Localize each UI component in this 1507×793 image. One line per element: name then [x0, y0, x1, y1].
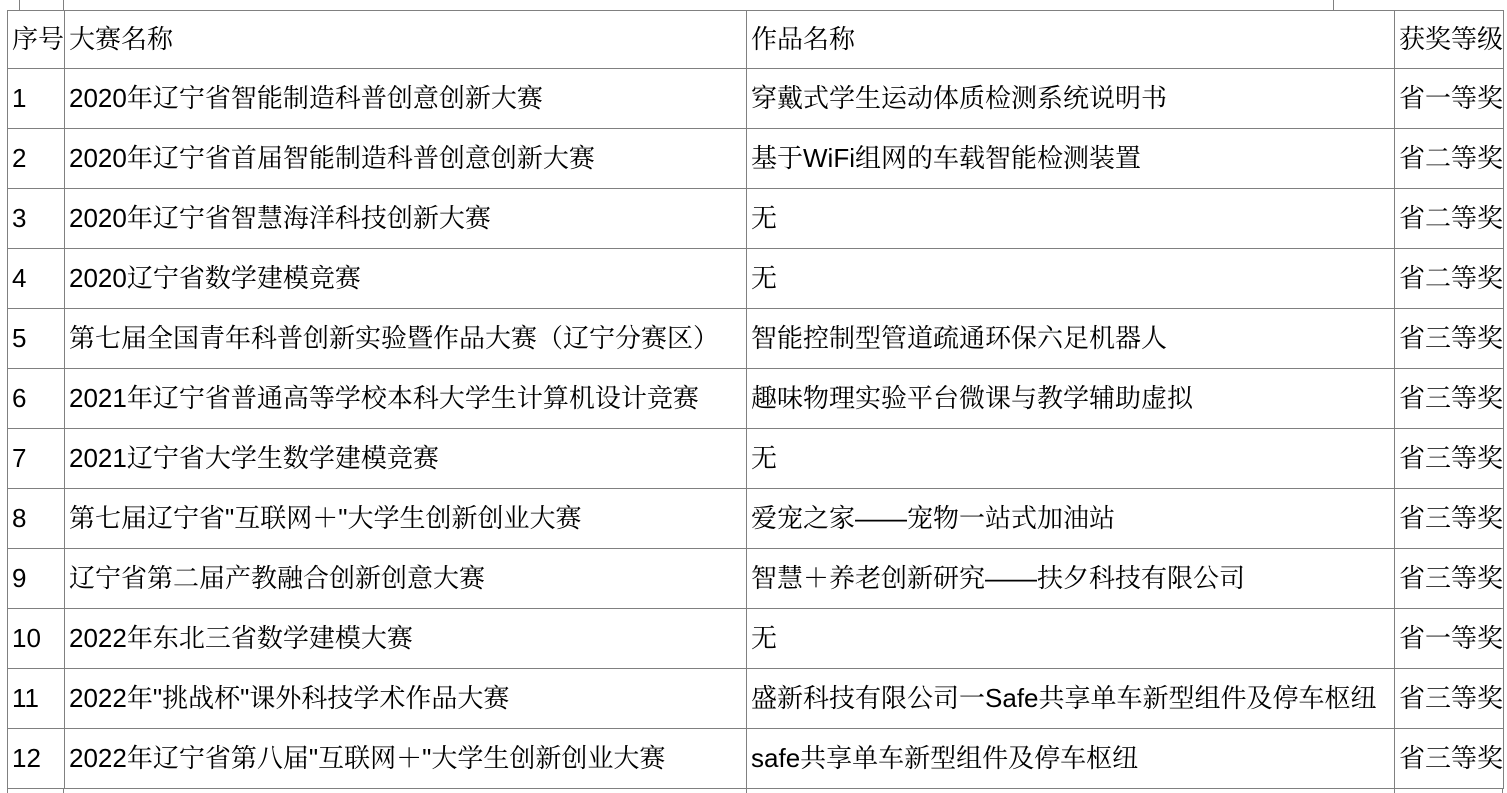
cell-index: 6	[8, 369, 65, 429]
cell-index: 9	[8, 549, 65, 609]
cell-competition: 2020年辽宁省智能制造科普创意创新大赛	[65, 69, 747, 129]
cell-award: 省三等奖	[1395, 729, 1504, 789]
cell-work: 无	[747, 609, 1395, 669]
table-row: 9辽宁省第二届产教融合创新创意大赛智慧＋养老创新研究——扶夕科技有限公司省三等奖	[8, 549, 1504, 609]
cell-work: 趣味物理实验平台微课与教学辅助虚拟	[747, 369, 1395, 429]
cell-work: 无	[747, 429, 1395, 489]
table-row: 112022年"挑战杯"课外科技学术作品大赛盛新科技有限公司一Safe共享单车新…	[8, 669, 1504, 729]
cell-competition: 第七届辽宁省"互联网＋"大学生创新创业大赛	[65, 489, 747, 549]
cell-work: 无	[747, 189, 1395, 249]
table-row: 32020年辽宁省智慧海洋科技创新大赛无省二等奖	[8, 189, 1504, 249]
cell-competition: 2021年辽宁省普通高等学校本科大学生计算机设计竞赛	[65, 369, 747, 429]
cell-work: safe共享单车新型组件及停车枢纽	[747, 729, 1395, 789]
column-header-competition: 大赛名称	[65, 11, 747, 69]
table-body: 12020年辽宁省智能制造科普创意创新大赛穿戴式学生运动体质检测系统说明书省一等…	[8, 69, 1504, 789]
table-row: 72021辽宁省大学生数学建模竞赛无省三等奖	[8, 429, 1504, 489]
cell-work: 基于WiFi组网的车载智能检测装置	[747, 129, 1395, 189]
cell-index: 4	[8, 249, 65, 309]
cell-award: 省二等奖	[1395, 249, 1504, 309]
cell-index: 2	[8, 129, 65, 189]
cell-award: 省三等奖	[1395, 429, 1504, 489]
gridline-fragment-bottom	[1394, 788, 1395, 793]
cell-index: 11	[8, 669, 65, 729]
table-header-row: 序号 大赛名称 作品名称 获奖等级	[8, 11, 1504, 69]
gridline-fragment-bottom	[746, 788, 747, 793]
cell-award: 省一等奖	[1395, 69, 1504, 129]
cell-award: 省二等奖	[1395, 189, 1504, 249]
cell-competition: 2020辽宁省数学建模竞赛	[65, 249, 747, 309]
cell-competition: 第七届全国青年科普创新实验暨作品大赛（辽宁分赛区）	[65, 309, 747, 369]
gridline-fragment-bottom	[1502, 788, 1503, 793]
gridline-fragment-bottom	[7, 788, 8, 793]
cell-competition: 2022年"挑战杯"课外科技学术作品大赛	[65, 669, 747, 729]
table-row: 8第七届辽宁省"互联网＋"大学生创新创业大赛爱宠之家——宠物一站式加油站省三等奖	[8, 489, 1504, 549]
cell-work: 智能控制型管道疏通环保六足机器人	[747, 309, 1395, 369]
table-row: 22020年辽宁省首届智能制造科普创意创新大赛基于WiFi组网的车载智能检测装置…	[8, 129, 1504, 189]
cell-work: 爱宠之家——宠物一站式加油站	[747, 489, 1395, 549]
cell-index: 12	[8, 729, 65, 789]
cell-index: 3	[8, 189, 65, 249]
table-row: 102022年东北三省数学建模大赛无省一等奖	[8, 609, 1504, 669]
cell-index: 1	[8, 69, 65, 129]
cell-award: 省三等奖	[1395, 669, 1504, 729]
table-row: 122022年辽宁省第八届"互联网＋"大学生创新创业大赛safe共享单车新型组件…	[8, 729, 1504, 789]
gridline-fragment-bottom	[63, 788, 64, 793]
cell-competition: 辽宁省第二届产教融合创新创意大赛	[65, 549, 747, 609]
column-header-award: 获奖等级	[1395, 11, 1504, 69]
column-header-index: 序号	[8, 11, 65, 69]
cell-index: 5	[8, 309, 65, 369]
table-row: 5第七届全国青年科普创新实验暨作品大赛（辽宁分赛区）智能控制型管道疏通环保六足机…	[8, 309, 1504, 369]
table-row: 62021年辽宁省普通高等学校本科大学生计算机设计竞赛趣味物理实验平台微课与教学…	[8, 369, 1504, 429]
table-header: 序号 大赛名称 作品名称 获奖等级	[8, 11, 1504, 69]
gridline-fragment-top	[19, 0, 20, 10]
cell-competition: 2022年东北三省数学建模大赛	[65, 609, 747, 669]
cell-competition: 2022年辽宁省第八届"互联网＋"大学生创新创业大赛	[65, 729, 747, 789]
cell-award: 省三等奖	[1395, 309, 1504, 369]
cell-award: 省三等奖	[1395, 489, 1504, 549]
cell-work: 无	[747, 249, 1395, 309]
gridline-fragment-top	[1333, 0, 1334, 10]
table-row: 12020年辽宁省智能制造科普创意创新大赛穿戴式学生运动体质检测系统说明书省一等…	[8, 69, 1504, 129]
cell-index: 10	[8, 609, 65, 669]
cell-award: 省三等奖	[1395, 549, 1504, 609]
cell-work: 穿戴式学生运动体质检测系统说明书	[747, 69, 1395, 129]
gridline-fragment-top	[63, 0, 64, 10]
cell-work: 智慧＋养老创新研究——扶夕科技有限公司	[747, 549, 1395, 609]
cell-competition: 2021辽宁省大学生数学建模竞赛	[65, 429, 747, 489]
cell-competition: 2020年辽宁省首届智能制造科普创意创新大赛	[65, 129, 747, 189]
cell-work: 盛新科技有限公司一Safe共享单车新型组件及停车枢纽	[747, 669, 1395, 729]
table-row: 42020辽宁省数学建模竞赛无省二等奖	[8, 249, 1504, 309]
cell-index: 8	[8, 489, 65, 549]
cell-award: 省三等奖	[1395, 369, 1504, 429]
awards-table: 序号 大赛名称 作品名称 获奖等级 12020年辽宁省智能制造科普创意创新大赛穿…	[7, 10, 1504, 789]
cell-competition: 2020年辽宁省智慧海洋科技创新大赛	[65, 189, 747, 249]
cell-award: 省二等奖	[1395, 129, 1504, 189]
cell-award: 省一等奖	[1395, 609, 1504, 669]
column-header-work: 作品名称	[747, 11, 1395, 69]
cell-index: 7	[8, 429, 65, 489]
